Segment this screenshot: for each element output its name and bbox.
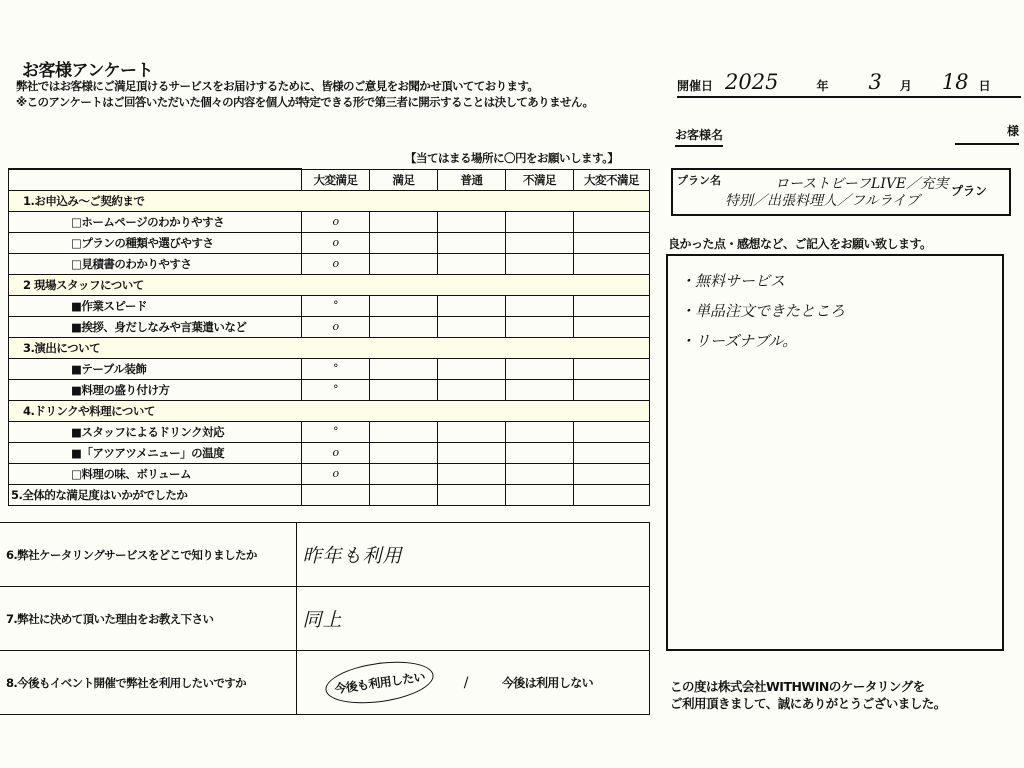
rating-cell[interactable] bbox=[370, 358, 438, 379]
handwritten-mark: o bbox=[332, 467, 338, 480]
rating-item-label: ■「アツアツメニュー」の温度 bbox=[9, 442, 302, 463]
rating-cell[interactable]: o bbox=[302, 463, 370, 484]
event-date-field: 開催日 2025 年 3 月 18 日 bbox=[677, 70, 1021, 98]
rating-cell[interactable] bbox=[438, 211, 506, 232]
section-row: 2 現場スタッフについて bbox=[9, 274, 650, 295]
rating-cell[interactable] bbox=[370, 316, 438, 337]
section-label: 1.お申込み～ご契約まで bbox=[9, 190, 650, 211]
rating-row: ■料理の盛り付け方° bbox=[9, 379, 650, 400]
question-label: 6.弊社ケータリングサービスをどこで知りましたか bbox=[0, 523, 296, 587]
handwritten-mark: ° bbox=[333, 299, 338, 312]
day-value[interactable]: 18 bbox=[942, 70, 969, 94]
rating-row: □プランの種類や選びやすさo bbox=[9, 232, 650, 253]
rating-cell[interactable] bbox=[574, 484, 650, 505]
question-row-6: 6.弊社ケータリングサービスをどこで知りましたか 昨年も利用 bbox=[0, 523, 649, 587]
rating-cell[interactable] bbox=[370, 295, 438, 316]
handwritten-mark: o bbox=[332, 446, 338, 459]
rating-cell[interactable] bbox=[370, 421, 438, 442]
rating-item-label: 5.全体的な満足度はいかがでしたか bbox=[9, 484, 302, 505]
intro-line-1: 弊社ではお客様にご満足頂けるサービスをお届けするために、皆様のご意見をお聞かせ頂… bbox=[16, 78, 656, 94]
answer-field[interactable]: 昨年も利用 bbox=[296, 523, 649, 587]
year-value[interactable]: 2025 bbox=[725, 70, 778, 94]
rating-row: ■挨拶、身だしなみや言葉遣いなどo bbox=[9, 316, 650, 337]
rating-header-row: 大変満足 満足 普通 不満足 大変不満足 bbox=[9, 169, 650, 190]
honorific: 様 bbox=[1007, 124, 1019, 138]
rating-item-label: □料理の味、ボリューム bbox=[9, 463, 302, 484]
handwritten-mark: o bbox=[332, 257, 338, 270]
plan-suffix: プラン bbox=[951, 182, 987, 199]
rating-cell[interactable] bbox=[506, 463, 574, 484]
column-header: 大変満足 bbox=[302, 169, 370, 190]
rating-cell[interactable] bbox=[506, 211, 574, 232]
plan-handwritten: ローストビーフLIVE／充実 特別／出張料理人／フルライブ bbox=[719, 176, 948, 210]
rating-cell[interactable] bbox=[370, 253, 438, 274]
rating-row: □料理の味、ボリュームo bbox=[9, 463, 650, 484]
column-header: 不満足 bbox=[506, 169, 574, 190]
rating-cell[interactable]: o bbox=[302, 211, 370, 232]
rating-cell[interactable]: o bbox=[302, 232, 370, 253]
plan-name-box[interactable]: プラン名 ローストビーフLIVE／充実 特別／出張料理人／フルライブ プラン bbox=[671, 168, 1011, 216]
handwritten-mark: o bbox=[332, 320, 338, 333]
rating-cell[interactable] bbox=[506, 253, 574, 274]
thanks-line-2: ご利用頂きまして、誠にありがとうございました。 bbox=[670, 695, 946, 712]
rating-item-label: □見積書のわかりやすさ bbox=[9, 253, 302, 274]
choice-field: 今後も利用したい / 今後は利用しない bbox=[296, 651, 649, 715]
plan-line-2: 特別／出張料理人／フルライブ bbox=[719, 193, 948, 210]
rating-cell[interactable] bbox=[370, 211, 438, 232]
rating-cell[interactable]: ° bbox=[302, 421, 370, 442]
rating-cell[interactable] bbox=[506, 295, 574, 316]
thanks-line-1: この度は株式会社WITHWINのケータリングを bbox=[670, 678, 946, 695]
handwritten-answer: 同上 bbox=[303, 609, 343, 631]
rating-cell[interactable] bbox=[370, 379, 438, 400]
handwritten-mark: o bbox=[332, 215, 338, 228]
rating-cell[interactable] bbox=[506, 232, 574, 253]
rating-cell[interactable] bbox=[438, 379, 506, 400]
comments-box[interactable]: ・無料サービス ・単品注文できたところ ・リーズナブル。 bbox=[666, 254, 1004, 651]
plan-label: プラン名 bbox=[677, 172, 721, 188]
header-corner bbox=[9, 169, 302, 190]
question-label: 7.弊社に決めて頂いた理由をお教え下さい bbox=[0, 587, 296, 651]
section-label: 3.演出について bbox=[9, 337, 650, 358]
rating-row: ■作業スピード° bbox=[9, 295, 650, 316]
rating-cell[interactable]: o bbox=[302, 253, 370, 274]
month-unit: 月 bbox=[900, 77, 912, 94]
rating-cell[interactable] bbox=[574, 295, 650, 316]
rating-cell[interactable] bbox=[574, 463, 650, 484]
rating-cell[interactable]: ° bbox=[302, 379, 370, 400]
section-row: 4.ドリンクや料理について bbox=[9, 400, 650, 421]
rating-cell[interactable]: ° bbox=[302, 295, 370, 316]
option-no[interactable]: 今後は利用しない bbox=[502, 674, 593, 691]
rating-cell[interactable] bbox=[506, 316, 574, 337]
rating-cell[interactable] bbox=[370, 442, 438, 463]
customer-name-label: お客様名 bbox=[675, 126, 723, 147]
intro-line-2: ※このアンケートはご回答いただいた個々の内容を個人が特定できる形で第三者に開示す… bbox=[16, 94, 656, 110]
rating-row: ■スタッフによるドリンク対応° bbox=[9, 421, 650, 442]
question-row-7: 7.弊社に決めて頂いた理由をお教え下さい 同上 bbox=[0, 587, 649, 651]
rating-item-label: ■挨拶、身だしなみや言葉遣いなど bbox=[9, 316, 302, 337]
rating-table: 大変満足 満足 普通 不満足 大変不満足 1.お申込み～ご契約まで□ホームページ… bbox=[8, 168, 650, 506]
comment-line: ・リーズナブル。 bbox=[680, 330, 1002, 360]
rating-cell[interactable] bbox=[302, 484, 370, 505]
question-row-8: 8.今後もイベント開催で弊社を利用したいですか 今後も利用したい / 今後は利用… bbox=[0, 651, 649, 715]
rating-cell[interactable] bbox=[506, 484, 574, 505]
handwritten-mark: ° bbox=[333, 362, 338, 375]
overall-satisfaction-row: 5.全体的な満足度はいかがでしたか bbox=[9, 484, 650, 505]
rating-cell[interactable] bbox=[506, 421, 574, 442]
section-label: 4.ドリンクや料理について bbox=[9, 400, 650, 421]
rating-item-label: ■作業スピード bbox=[9, 295, 302, 316]
rating-row: ■テーブル装飾° bbox=[9, 358, 650, 379]
thank-you-message: この度は株式会社WITHWINのケータリングを ご利用頂きまして、誠にありがとう… bbox=[670, 678, 946, 712]
rating-cell[interactable] bbox=[574, 211, 650, 232]
rating-cell[interactable] bbox=[574, 316, 650, 337]
rating-item-label: ■料理の盛り付け方 bbox=[9, 379, 302, 400]
rating-item-label: ■テーブル装飾 bbox=[9, 358, 302, 379]
handwritten-mark: o bbox=[332, 236, 338, 249]
column-header: 満足 bbox=[370, 169, 438, 190]
rating-cell[interactable] bbox=[438, 316, 506, 337]
rating-cell[interactable] bbox=[370, 484, 438, 505]
handwritten-mark: ° bbox=[333, 425, 338, 438]
rating-cell[interactable]: o bbox=[302, 442, 370, 463]
comments-label: 良かった点・感想など、ご記入をお願い致します。 bbox=[668, 235, 932, 252]
comment-line: ・無料サービス bbox=[680, 270, 1002, 300]
instruction-text: 【当てはまる場所に〇円をお願いします。】 bbox=[405, 150, 618, 166]
rating-cell[interactable] bbox=[438, 442, 506, 463]
section-label: 2 現場スタッフについて bbox=[9, 274, 650, 295]
year-unit: 年 bbox=[816, 77, 828, 94]
section-row: 1.お申込み～ご契約まで bbox=[9, 190, 650, 211]
handwritten-mark: ° bbox=[333, 383, 338, 396]
rating-cell[interactable] bbox=[438, 358, 506, 379]
rating-cell[interactable] bbox=[574, 442, 650, 463]
rating-cell[interactable] bbox=[438, 421, 506, 442]
rating-cell[interactable] bbox=[574, 253, 650, 274]
date-label: 開催日 bbox=[677, 77, 713, 94]
rating-cell[interactable] bbox=[574, 421, 650, 442]
rating-cell[interactable] bbox=[506, 379, 574, 400]
rating-cell[interactable]: o bbox=[302, 316, 370, 337]
column-header: 普通 bbox=[438, 169, 506, 190]
rating-cell[interactable] bbox=[438, 463, 506, 484]
option-yes-circled[interactable]: 今後も利用したい bbox=[322, 656, 436, 710]
rating-cell[interactable] bbox=[370, 232, 438, 253]
rating-cell[interactable] bbox=[506, 358, 574, 379]
question-label: 8.今後もイベント開催で弊社を利用したいですか bbox=[0, 651, 296, 715]
rating-cell[interactable] bbox=[574, 358, 650, 379]
comment-line: ・単品注文できたところ bbox=[680, 300, 1002, 330]
rating-item-label: ■スタッフによるドリンク対応 bbox=[9, 421, 302, 442]
section-row: 3.演出について bbox=[9, 337, 650, 358]
rating-item-label: □ホームページのわかりやすさ bbox=[9, 211, 302, 232]
handwritten-answer: 昨年も利用 bbox=[303, 545, 403, 567]
rating-cell[interactable] bbox=[438, 295, 506, 316]
day-unit: 日 bbox=[979, 77, 991, 94]
free-question-table: 6.弊社ケータリングサービスをどこで知りましたか 昨年も利用 7.弊社に決めて頂… bbox=[0, 522, 650, 715]
rating-item-label: □プランの種類や選びやすさ bbox=[9, 232, 302, 253]
column-header: 大変不満足 bbox=[574, 169, 650, 190]
rating-cell[interactable]: ° bbox=[302, 358, 370, 379]
rating-cell[interactable] bbox=[574, 232, 650, 253]
option-separator: / bbox=[464, 675, 468, 691]
customer-name-field[interactable]: 様 bbox=[955, 122, 1019, 145]
rating-cell[interactable] bbox=[574, 379, 650, 400]
rating-row: □ホームページのわかりやすさo bbox=[9, 211, 650, 232]
intro-text: 弊社ではお客様にご満足頂けるサービスをお届けするために、皆様のご意見をお聞かせ頂… bbox=[16, 78, 656, 110]
rating-cell[interactable] bbox=[438, 253, 506, 274]
rating-row: □見積書のわかりやすさo bbox=[9, 253, 650, 274]
rating-cell[interactable] bbox=[370, 463, 438, 484]
month-value[interactable]: 3 bbox=[868, 70, 881, 94]
plan-line-1: ローストビーフLIVE／充実 bbox=[719, 176, 948, 193]
rating-row: ■「アツアツメニュー」の温度o bbox=[9, 442, 650, 463]
rating-cell[interactable] bbox=[438, 232, 506, 253]
rating-cell[interactable] bbox=[438, 484, 506, 505]
answer-field[interactable]: 同上 bbox=[296, 587, 649, 651]
rating-cell[interactable] bbox=[506, 442, 574, 463]
